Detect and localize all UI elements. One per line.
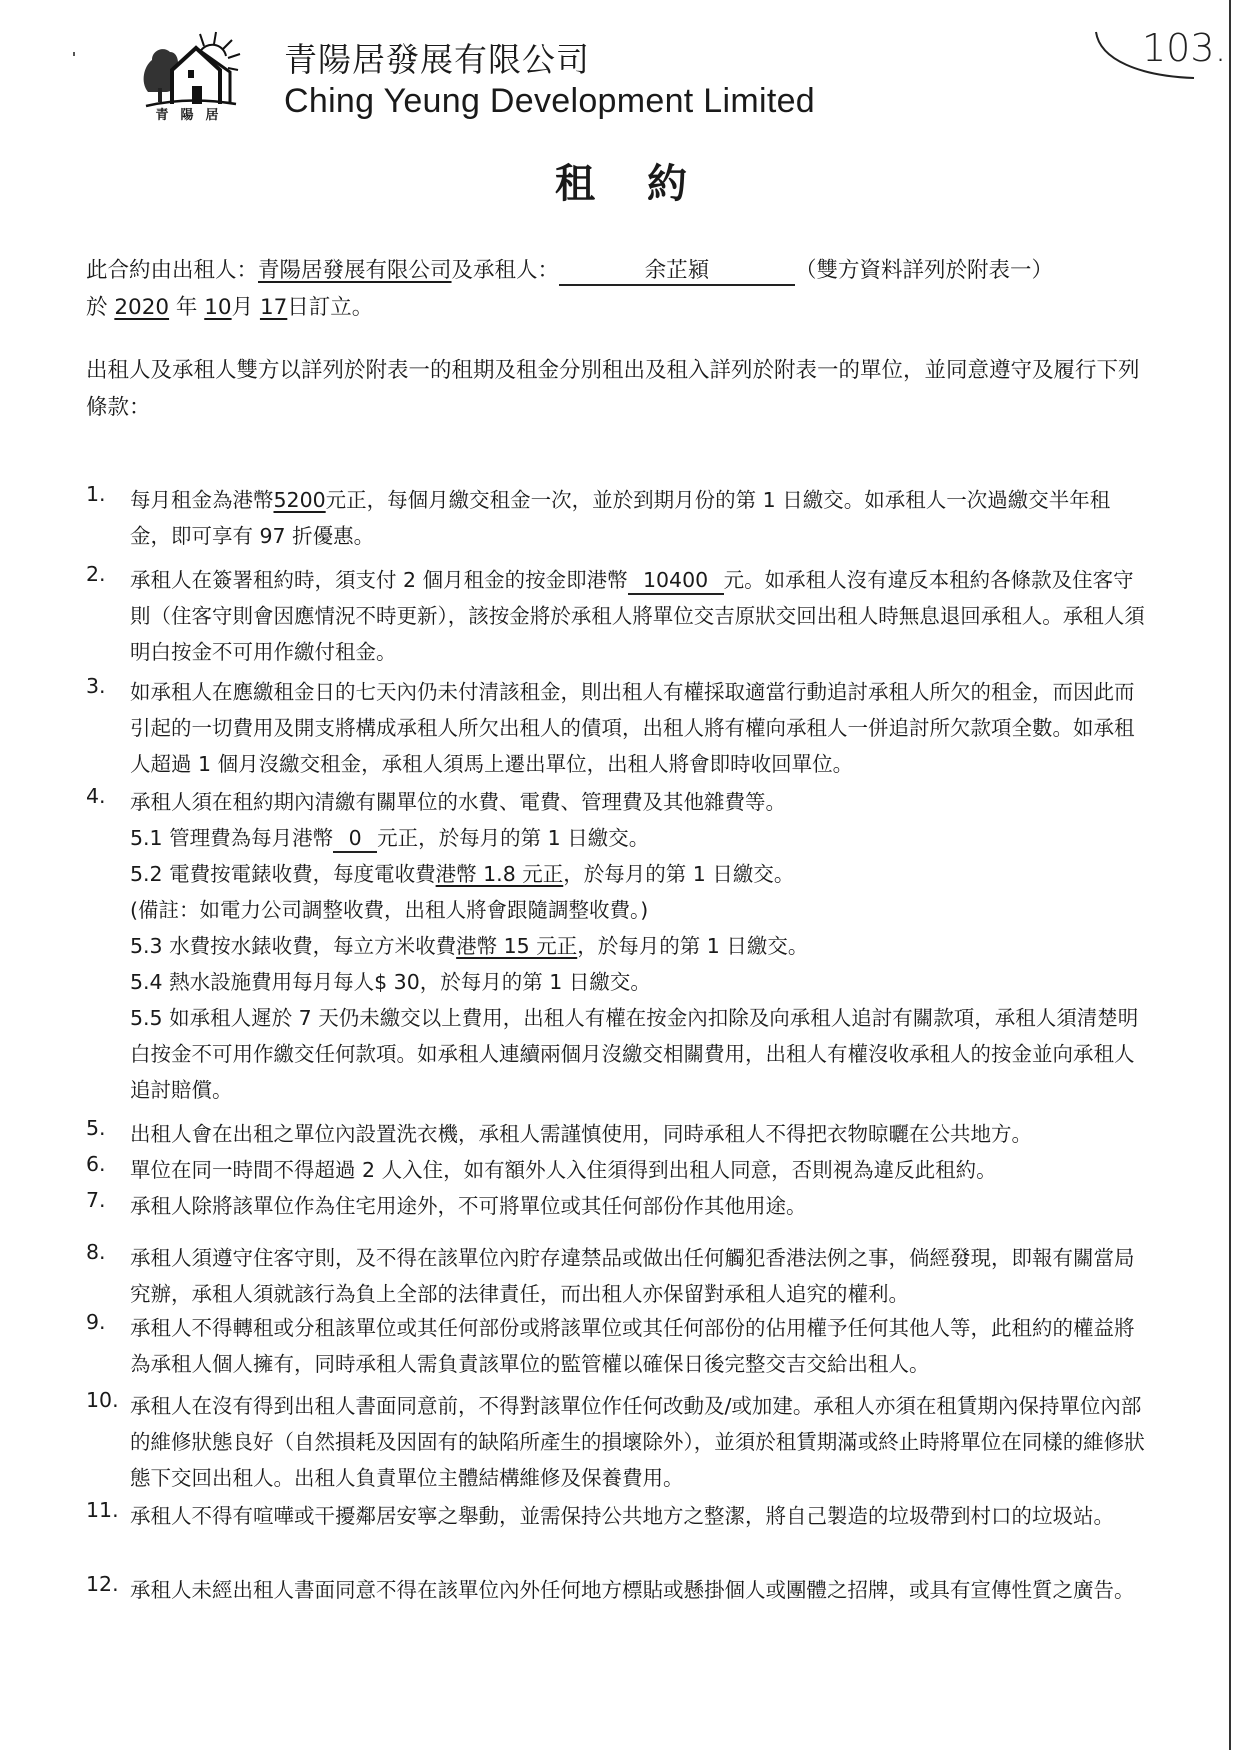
subclause-pre: 5.2 電費按電錶收費，每度電收費 (130, 862, 436, 886)
intro-date-line: 於 2020 年 10月 17日訂立。 (86, 289, 1146, 326)
electricity-rate-value: 港幣 1.8 元正 (436, 862, 564, 886)
page-edge-border (1229, 0, 1231, 1750)
company-name-en: Ching Yeung Development Limited (284, 82, 815, 121)
date-suffix: 日訂立。 (287, 295, 373, 320)
clause-number: 10. (86, 1388, 126, 1412)
clause-number: 2. (86, 562, 126, 586)
handwritten-page-number: 103. (1090, 20, 1200, 90)
month-unit: 月 (232, 295, 260, 320)
subclause-post: 元正，於每月的第 1 日繳交。 (377, 826, 649, 850)
clause-text: 承租人除將該單位作為住宅用途外，不可將單位或其任何部份作其他用途。 (130, 1188, 1146, 1224)
clause-number: 5. (86, 1116, 126, 1140)
date-year: 2020 (114, 295, 169, 320)
date-prefix: 於 (86, 295, 114, 320)
intro-suffix: （雙方資料詳列於附表一） (795, 258, 1053, 283)
clause-number: 11. (86, 1498, 126, 1522)
clause-number: 7. (86, 1188, 126, 1212)
logo-caption: 青陽居 (148, 104, 238, 123)
clause-text: 每月租金為港幣5200元正，每個月繳交租金一次，並於到期月份的第 1 日繳交。如… (130, 482, 1146, 554)
monthly-rent-value: 5200 (274, 488, 326, 512)
landlord-name: 青陽居發展有限公司 (258, 258, 452, 283)
clause-text-pre: 承租人在簽署租約時，須支付 2 個月租金的按金即港幣 (130, 568, 628, 592)
tenant-name-field: 余芷潁 (559, 258, 795, 286)
intro-prefix: 此合約由出租人： (86, 258, 258, 283)
intro-parties-line: 此合約由出租人：青陽居發展有限公司及承租人：余芷潁（雙方資料詳列於附表一） (86, 252, 1146, 289)
clause-number: 9. (86, 1310, 126, 1334)
clause-text: 承租人在簽署租約時，須支付 2 個月租金的按金即港幣10400元。如承租人沒有違… (130, 562, 1146, 670)
tenant-label: 及承租人： (452, 258, 560, 283)
clause-text: 出租人會在出租之單位內設置洗衣機，承租人需謹慎使用，同時承租人不得把衣物晾曬在公… (130, 1116, 1146, 1152)
date-month: 10 (204, 295, 231, 320)
management-fee-value: 0 (333, 825, 377, 853)
year-unit: 年 (169, 295, 204, 320)
clause-text-pre: 每月租金為港幣 (130, 488, 274, 512)
clause-number: 1. (86, 482, 126, 506)
document-title: 租約 (0, 152, 1242, 209)
clause-text: 承租人在沒有得到出租人書面同意前，不得對該單位作任何改動及/或加建。承租人亦須在… (130, 1388, 1146, 1496)
subclause-pre: 5.3 水費按水錶收費，每立方米收費 (130, 934, 456, 958)
contract-intro: 此合約由出租人：青陽居發展有限公司及承租人：余芷潁（雙方資料詳列於附表一） 於 … (86, 252, 1146, 426)
clause-number: 12. (86, 1572, 126, 1596)
clause-number: 4. (86, 784, 126, 808)
intro-agreement-paragraph: 出租人及承租人雙方以詳列於附表一的租期及租金分別租出及租入詳列於附表一的單位，並… (86, 352, 1146, 426)
clause-number: 6. (86, 1152, 126, 1176)
subclause-post: ，於每月的第 1 日繳交。 (577, 934, 808, 958)
date-day: 17 (260, 295, 287, 320)
subclause-5-4: 5.4 熱水設施費用每月每人$ 30，於每月的第 1 日繳交。 (130, 964, 1146, 1000)
clause-text: 承租人未經出租人書面同意不得在該單位內外任何地方標貼或懸掛個人或團體之招牌，或具… (130, 1572, 1146, 1608)
subclause-5-2: 5.2 電費按電錶收費，每度電收費港幣 1.8 元正，於每月的第 1 日繳交。 (130, 856, 1146, 892)
subclause-5-3: 5.3 水費按水錶收費，每立方米收費港幣 15 元正，於每月的第 1 日繳交。 (130, 928, 1146, 964)
page-number-text: 103. (1142, 26, 1227, 70)
subclause-post: ，於每月的第 1 日繳交。 (563, 862, 794, 886)
scan-mark (73, 52, 75, 56)
subclause-5-5: 5.5 如承租人遲於 7 天仍未繳交以上費用，出租人有權在按金內扣除及向承租人追… (130, 1000, 1146, 1108)
subclause-pre: 5.1 管理費為每月港幣 (130, 826, 333, 850)
company-name-zh: 青陽居發展有限公司 (284, 34, 590, 81)
clause-text: 承租人須在租約期內清繳有關單位的水費、電費、管理費及其他雜費等。 (130, 784, 1146, 820)
clause-text: 單位在同一時間不得超過 2 人入住，如有額外人入住須得到出租人同意，否則視為違反… (130, 1152, 1146, 1188)
clause-text: 承租人須遵守住客守則，及不得在該單位內貯存違禁品或做出任何觸犯香港法例之事，倘經… (130, 1240, 1146, 1312)
clause-number: 8. (86, 1240, 126, 1264)
water-rate-value: 港幣 15 元正 (456, 934, 577, 958)
deposit-value: 10400 (628, 567, 724, 595)
clause-text: 承租人不得有喧嘩或干擾鄰居安寧之舉動，並需保持公共地方之整潔，將自己製造的垃圾帶… (130, 1498, 1146, 1534)
clause-text: 如承租人在應繳租金日的七天內仍未付清該租金，則出租人有權採取適當行動追討承租人所… (130, 674, 1146, 782)
clause-text: 承租人不得轉租或分租該單位或其任何部份或將該單位或其任何部份的佔用權予任何其他人… (130, 1310, 1146, 1382)
subclause-5-1: 5.1 管理費為每月港幣0元正，於每月的第 1 日繳交。 (130, 820, 1146, 856)
clause-number: 3. (86, 674, 126, 698)
subclause-note: (備註：如電力公司調整收費，出租人將會跟隨調整收費。) (130, 892, 1146, 928)
